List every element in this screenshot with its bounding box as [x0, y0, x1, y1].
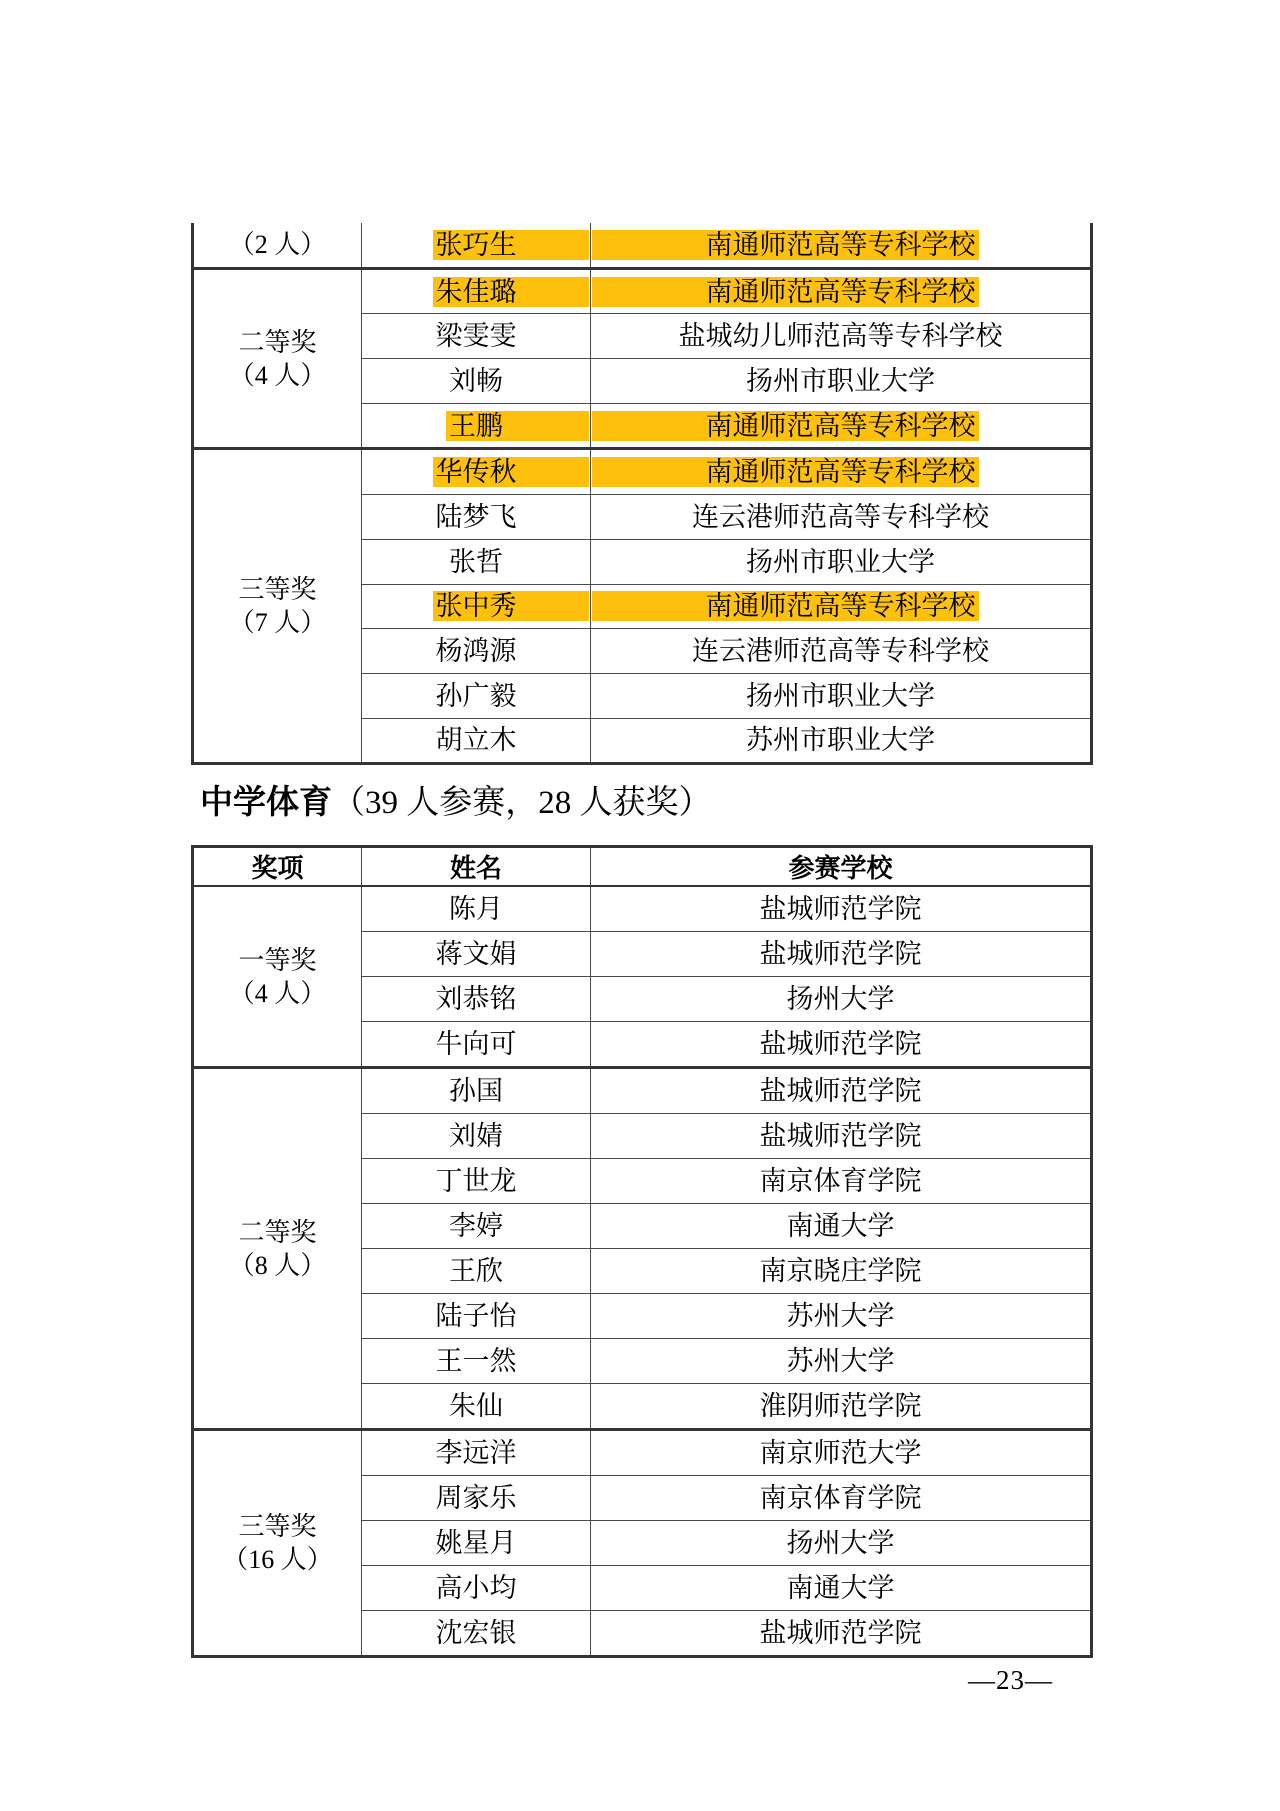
name-cell: 沈宏银: [362, 1611, 591, 1657]
school-name: 南通师范高等专科学校: [703, 457, 979, 487]
winner-name: 梁雯雯: [433, 321, 520, 351]
name-cell: 张哲: [362, 539, 591, 584]
school-name: 南通大学: [784, 1573, 898, 1603]
award-group-cell: （2 人）: [193, 223, 362, 268]
page-number: —23—: [968, 1665, 1053, 1696]
name-cell: 张巧生: [362, 223, 591, 268]
award-group-cell: 二等奖 （4 人）: [193, 268, 362, 449]
school-cell: 南京体育学院: [591, 1476, 1092, 1521]
award-group-cell: 一等奖 （4 人）: [193, 886, 362, 1068]
winner-name: 孙国: [446, 1076, 506, 1106]
school-cell: 连云港师范高等专科学校: [591, 495, 1092, 540]
school-cell: 苏州大学: [591, 1339, 1092, 1384]
name-cell: 朱仙: [362, 1384, 591, 1430]
school-cell: 盐城师范学院: [591, 1114, 1092, 1159]
table-row: 三等奖 （16 人） 李远洋 南京师范大学: [193, 1430, 1092, 1476]
school-name: 扬州市职业大学: [743, 681, 938, 711]
winner-name: 陈月: [446, 894, 506, 924]
school-cell: 扬州市职业大学: [591, 359, 1092, 404]
award-group-cell: 二等奖 （8 人）: [193, 1068, 362, 1430]
school-name: 连云港师范高等专科学校: [689, 636, 992, 666]
winner-name: 张哲: [446, 547, 506, 577]
table-row: （2 人） 张巧生 南通师范高等专科学校: [193, 223, 1092, 268]
school-cell: 南通大学: [591, 1204, 1092, 1249]
school-cell: 南通师范高等专科学校: [591, 223, 1092, 268]
section-heading: 中学体育（39 人参赛，28 人获奖）: [200, 776, 712, 823]
school-name: 南通师范高等专科学校: [703, 277, 979, 307]
school-name: 苏州市职业大学: [743, 725, 938, 755]
name-cell: 孙广毅: [362, 673, 591, 718]
school-cell: 南京晓庄学院: [591, 1249, 1092, 1294]
document-page: （2 人） 张巧生 南通师范高等专科学校 二等奖 （4 人） 朱佳璐 南通师范高…: [0, 0, 1280, 1811]
school-name: 盐城师范学院: [757, 1121, 925, 1151]
award-group-label: 三等奖: [194, 1510, 361, 1543]
winner-name: 蒋文娟: [433, 939, 520, 969]
winner-name: 刘恭铭: [433, 984, 520, 1014]
school-name: 南京体育学院: [757, 1483, 925, 1513]
school-cell: 盐城师范学院: [591, 1022, 1092, 1068]
school-name: 苏州大学: [784, 1301, 898, 1331]
winner-name: 刘婧: [446, 1121, 506, 1151]
name-cell: 胡立木: [362, 718, 591, 764]
school-name: 南京体育学院: [757, 1166, 925, 1196]
name-cell: 刘婧: [362, 1114, 591, 1159]
school-cell: 盐城师范学院: [591, 1611, 1092, 1657]
school-cell: 扬州市职业大学: [591, 539, 1092, 584]
name-cell: 刘恭铭: [362, 977, 591, 1022]
award-group-label: 三等奖: [194, 573, 361, 606]
name-cell: 王欣: [362, 1249, 591, 1294]
winner-name: 孙广毅: [433, 681, 520, 711]
school-cell: 扬州大学: [591, 1521, 1092, 1566]
school-cell: 南通大学: [591, 1566, 1092, 1611]
school-cell: 盐城师范学院: [591, 932, 1092, 977]
award-group-label: 一等奖: [194, 944, 361, 977]
awards-table-middle-school-pe: 奖项 姓名 参赛学校 一等奖 （4 人） 陈月 盐城师范学院 蒋文娟 盐城师范学…: [191, 845, 1093, 1658]
header-cell-award: 奖项: [193, 847, 362, 887]
winner-name: 沈宏银: [433, 1618, 520, 1648]
award-group-label: 二等奖: [194, 1216, 361, 1249]
school-name: 南通师范高等专科学校: [703, 591, 979, 621]
school-cell: 苏州市职业大学: [591, 718, 1092, 764]
name-cell: 杨鸿源: [362, 629, 591, 674]
name-cell: 刘畅: [362, 359, 591, 404]
name-cell: 陆梦飞: [362, 495, 591, 540]
school-cell: 盐城幼儿师范高等专科学校: [591, 314, 1092, 359]
school-cell: 南京师范大学: [591, 1430, 1092, 1476]
winner-name: 李婷: [446, 1211, 506, 1241]
name-cell: 牛向可: [362, 1022, 591, 1068]
award-group-count: （7 人）: [194, 606, 361, 639]
school-cell: 连云港师范高等专科学校: [591, 629, 1092, 674]
winner-name: 王欣: [446, 1256, 506, 1286]
winner-name: 张巧生: [433, 230, 520, 260]
school-cell: 苏州大学: [591, 1294, 1092, 1339]
school-cell: 南通师范高等专科学校: [591, 403, 1092, 449]
school-name: 南通师范高等专科学校: [703, 230, 979, 260]
school-name: 盐城幼儿师范高等专科学校: [676, 321, 1006, 351]
winner-name: 李远洋: [433, 1438, 520, 1468]
winner-name: 陆梦飞: [433, 502, 520, 532]
school-name: 连云港师范高等专科学校: [689, 502, 992, 532]
winner-name: 杨鸿源: [433, 636, 520, 666]
school-name: 南通大学: [784, 1211, 898, 1241]
school-name: 盐城师范学院: [757, 1029, 925, 1059]
winner-name: 张中秀: [433, 591, 520, 621]
name-cell: 王鹏: [362, 403, 591, 449]
school-name: 南通师范高等专科学校: [703, 411, 979, 441]
name-cell: 李婷: [362, 1204, 591, 1249]
section-heading-stats: （39 人参赛，28 人获奖）: [332, 785, 712, 821]
school-cell: 盐城师范学院: [591, 886, 1092, 932]
header-cell-name: 姓名: [362, 847, 591, 887]
school-cell: 扬州大学: [591, 977, 1092, 1022]
school-name: 苏州大学: [784, 1346, 898, 1376]
winner-name: 丁世龙: [433, 1166, 520, 1196]
table-row: 二等奖 （4 人） 朱佳璐 南通师范高等专科学校: [193, 268, 1092, 314]
name-cell: 陈月: [362, 886, 591, 932]
winner-name: 华传秋: [433, 457, 520, 487]
section-heading-title: 中学体育: [200, 785, 332, 821]
school-name: 扬州市职业大学: [743, 547, 938, 577]
award-group-cell: 三等奖 （7 人）: [193, 449, 362, 764]
header-cell-school: 参赛学校: [591, 847, 1092, 887]
winner-name: 王一然: [433, 1346, 520, 1376]
award-group-cell: 三等奖 （16 人）: [193, 1430, 362, 1657]
winner-name: 高小均: [433, 1573, 520, 1603]
table-row: 二等奖 （8 人） 孙国 盐城师范学院: [193, 1068, 1092, 1114]
school-name: 扬州大学: [784, 1528, 898, 1558]
school-cell: 南通师范高等专科学校: [591, 584, 1092, 629]
table-header-row: 奖项 姓名 参赛学校: [193, 847, 1092, 887]
winner-name: 王鹏: [446, 411, 506, 441]
school-cell: 南京体育学院: [591, 1159, 1092, 1204]
name-cell: 李远洋: [362, 1430, 591, 1476]
school-name: 盐城师范学院: [757, 894, 925, 924]
name-cell: 陆子怡: [362, 1294, 591, 1339]
name-cell: 王一然: [362, 1339, 591, 1384]
school-cell: 淮阴师范学院: [591, 1384, 1092, 1430]
winner-name: 牛向可: [433, 1029, 520, 1059]
winner-name: 陆子怡: [433, 1301, 520, 1331]
name-cell: 张中秀: [362, 584, 591, 629]
name-cell: 姚星月: [362, 1521, 591, 1566]
name-cell: 梁雯雯: [362, 314, 591, 359]
winner-name: 朱佳璐: [433, 277, 520, 307]
winner-name: 朱仙: [446, 1391, 506, 1421]
school-name: 盐城师范学院: [757, 1618, 925, 1648]
name-cell: 孙国: [362, 1068, 591, 1114]
school-name: 淮阴师范学院: [757, 1391, 925, 1421]
school-name: 扬州大学: [784, 984, 898, 1014]
school-name: 盐城师范学院: [757, 939, 925, 969]
school-name: 南京晓庄学院: [757, 1256, 925, 1286]
award-group-label: （2 人）: [194, 228, 361, 261]
award-group-count: （4 人）: [194, 359, 361, 392]
school-name: 盐城师范学院: [757, 1076, 925, 1106]
award-group-count: （16 人）: [194, 1543, 361, 1576]
award-group-count: （4 人）: [194, 977, 361, 1010]
school-cell: 扬州市职业大学: [591, 673, 1092, 718]
school-cell: 盐城师范学院: [591, 1068, 1092, 1114]
table-row: 一等奖 （4 人） 陈月 盐城师范学院: [193, 886, 1092, 932]
awards-table-continued: （2 人） 张巧生 南通师范高等专科学校 二等奖 （4 人） 朱佳璐 南通师范高…: [191, 223, 1093, 765]
name-cell: 蒋文娟: [362, 932, 591, 977]
winner-name: 周家乐: [433, 1483, 520, 1513]
award-group-count: （8 人）: [194, 1249, 361, 1282]
name-cell: 丁世龙: [362, 1159, 591, 1204]
name-cell: 朱佳璐: [362, 268, 591, 314]
school-name: 扬州市职业大学: [743, 366, 938, 396]
school-cell: 南通师范高等专科学校: [591, 449, 1092, 495]
name-cell: 周家乐: [362, 1476, 591, 1521]
name-cell: 华传秋: [362, 449, 591, 495]
award-group-label: 二等奖: [194, 326, 361, 359]
table-row: 三等奖 （7 人） 华传秋 南通师范高等专科学校: [193, 449, 1092, 495]
winner-name: 姚星月: [433, 1528, 520, 1558]
winner-name: 刘畅: [446, 366, 506, 396]
school-cell: 南通师范高等专科学校: [591, 268, 1092, 314]
name-cell: 高小均: [362, 1566, 591, 1611]
school-name: 南京师范大学: [757, 1438, 925, 1468]
winner-name: 胡立木: [433, 725, 520, 755]
